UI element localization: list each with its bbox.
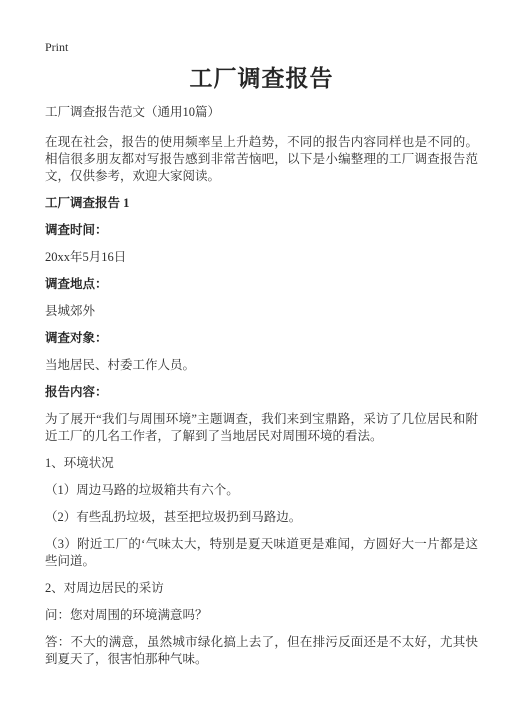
- section-1-point: （1）周边马路的垃圾箱共有六个。: [45, 482, 478, 499]
- interview-answer: 答：不大的满意，虽然城市绿化搞上去了，但在排污反面还是不太好，尤其快到夏天了，很…: [45, 634, 478, 668]
- interview-question: 问：您对周围的环境满意吗？: [45, 607, 478, 624]
- survey-place-label: 调查地点：: [45, 276, 478, 293]
- section-1-point: （3）附近工厂的‘气味太大，特别是夏天味道更是难闻，方圆好大一片都是这些问道。: [45, 536, 478, 570]
- report-content-intro: 为了展开“我们与周围环境”主题调查，我们来到宝鼎路，采访了几位居民和附近工厂的几…: [45, 411, 478, 445]
- document-subtitle: 工厂调查报告范文（通用10篇）: [45, 104, 478, 121]
- print-link[interactable]: Print: [45, 40, 478, 54]
- section-2-heading: 2、对周边居民的采访: [45, 580, 478, 597]
- survey-subject-value: 当地居民、村委工作人员。: [45, 357, 478, 374]
- intro-paragraph: 在现在社会，报告的使用频率呈上升趋势，不同的报告内容同样也是不同的。相信很多朋友…: [45, 134, 478, 185]
- section-1-point: （2）有些乱扔垃圾，甚至把垃圾扔到马路边。: [45, 509, 478, 526]
- survey-subject-label: 调查对象：: [45, 330, 478, 347]
- survey-time-label: 调查时间：: [45, 222, 478, 239]
- survey-time-value: 20xx年5月16日: [45, 249, 478, 266]
- document-page: Print 工厂调查报告 工厂调查报告范文（通用10篇） 在现在社会，报告的使用…: [0, 0, 520, 718]
- report-content-label: 报告内容：: [45, 384, 478, 401]
- section-1-heading: 1、环境状况: [45, 455, 478, 472]
- page-title: 工厂调查报告: [45, 66, 478, 92]
- survey-place-value: 县城郊外: [45, 303, 478, 320]
- report-1-heading: 工厂调查报告 1: [45, 195, 478, 212]
